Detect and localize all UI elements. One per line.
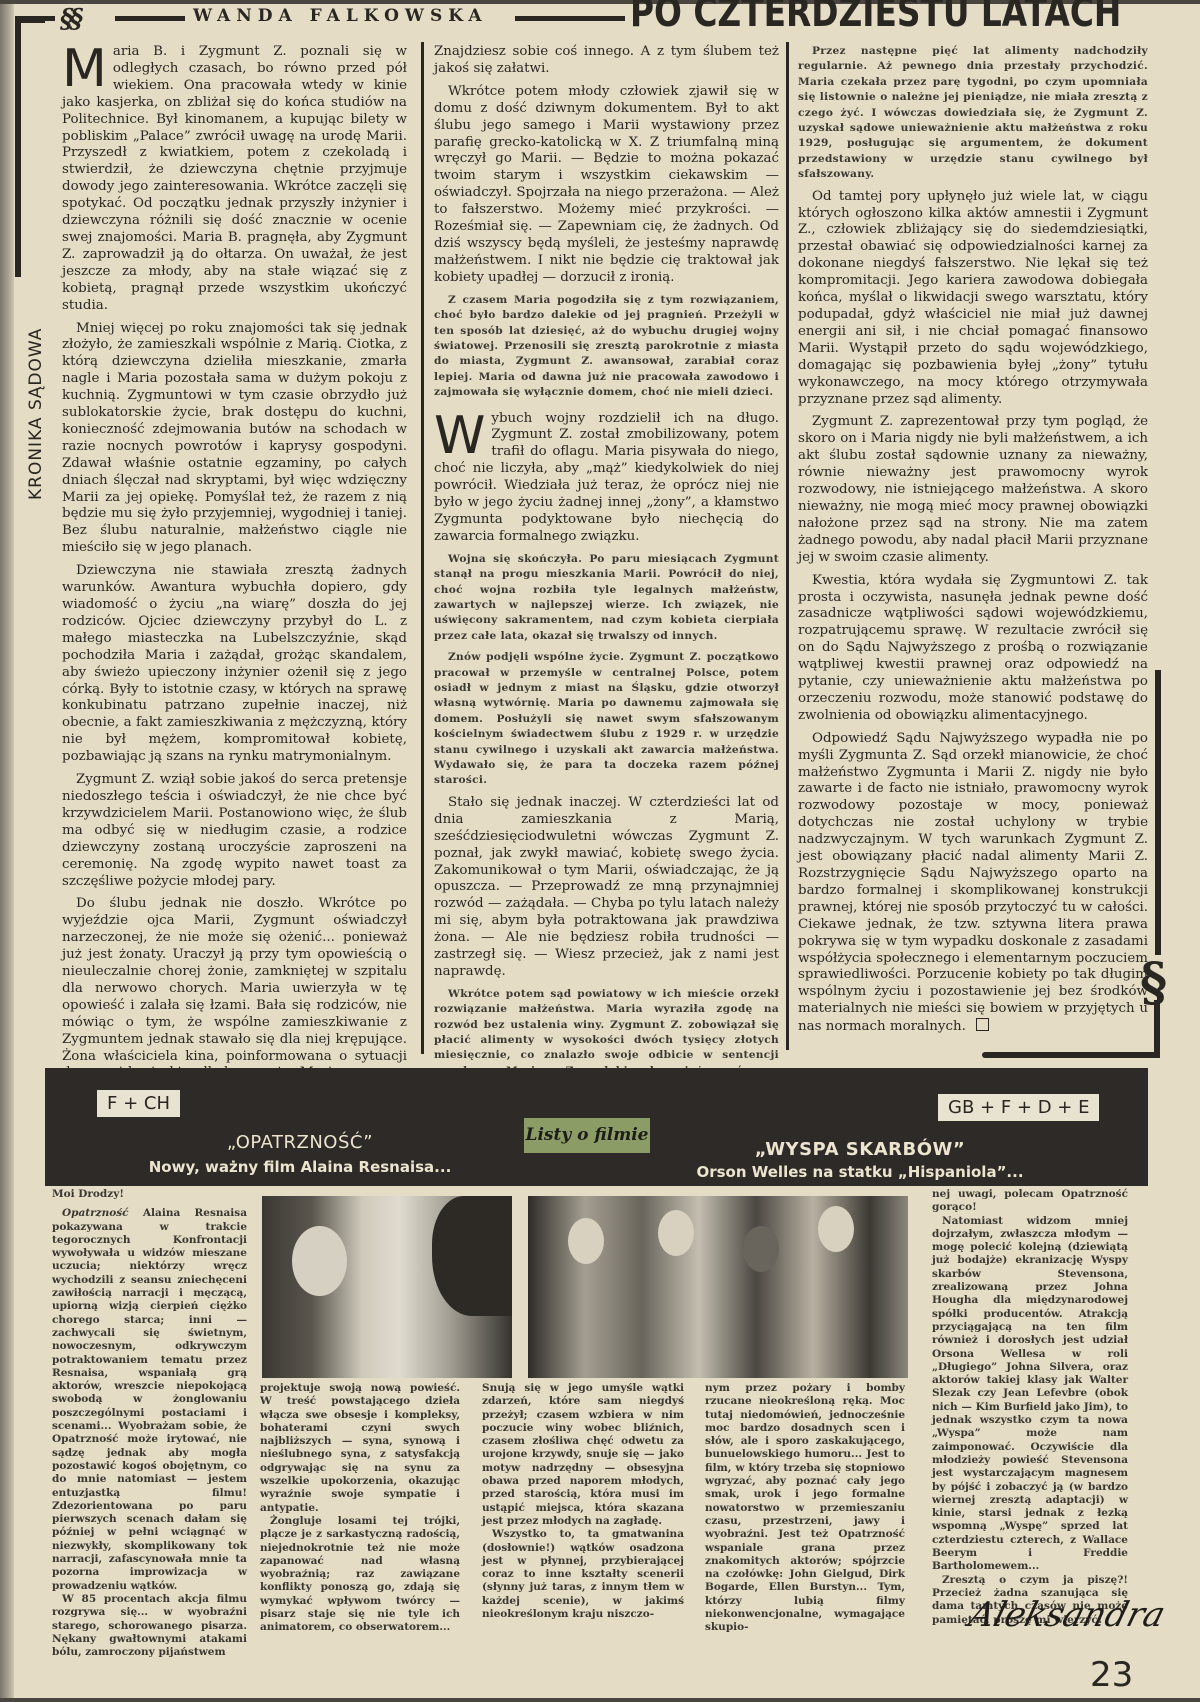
film-subtitle-right: Orson Welles na statku „Hispaniola”...: [695, 1163, 1025, 1181]
page-spine-shadow: [0, 0, 14, 1702]
article-paragraph: Od tamtej pory upłynęło już wiele lat, w…: [798, 189, 1148, 409]
photo-figure: [658, 1210, 694, 1256]
letter-column-5: nej uwagi, polecam Opatrzność gorąco! Na…: [932, 1188, 1128, 1627]
article-paragraph: Wybuch wojny rozdzielił ich na długo. Zy…: [434, 411, 779, 546]
article-paragraph: Wkrótce potem młody człowiek zjawił się …: [434, 84, 779, 287]
letter-paragraph: nej uwagi, polecam Opatrzność gorąco!: [932, 1188, 1128, 1215]
bottom-edge: [0, 1698, 1200, 1702]
section-side-label: KRONIKA SĄDOWA: [26, 290, 50, 500]
article-paragraph: Kwestia, która wydała się Zygmuntowi Z. …: [798, 573, 1148, 725]
photo-figure: [292, 1226, 347, 1296]
article-paragraph: Odpowiedź Sądu Najwyższego wypadła nie p…: [798, 731, 1148, 1036]
letter-paragraph: Opatrzność Alaina Resnaisa pokazywana w …: [52, 1207, 247, 1593]
article-paragraph-small: Znów podjęli wspólne życie. Zygmunt Z. p…: [434, 650, 779, 789]
letter-paragraph: Snują się w jego umyśle wątki zdarzeń, k…: [482, 1382, 684, 1528]
film-title-left: „OPATRZNOŚĆ”: [135, 1132, 465, 1153]
letter-column-2: projektuje swoją nową powieść. W treść p…: [260, 1382, 460, 1635]
article-paragraph-small: Przez następne pięć lat alimenty nadchod…: [798, 44, 1148, 183]
frame-right-rule-lower: [1154, 1000, 1160, 1058]
letter-greeting: Moi Drodzy!: [52, 1188, 247, 1201]
article-paragraph-small: Z czasem Maria pogodziła się z tym rozwi…: [434, 293, 779, 401]
drop-cap: M: [62, 48, 107, 90]
film-still-wyspa-skarbow: [528, 1196, 908, 1378]
article-column-1: Maria B. i Zygmunt Z. poznali się w odle…: [62, 44, 407, 1156]
article-title: PO CZTERDZIESTU LATACH: [630, 0, 1121, 36]
column-rule: [421, 42, 424, 1054]
photo-figure: [432, 1196, 512, 1316]
author-name: WANDA FALKOWSKA: [193, 6, 488, 26]
photo-figure: [568, 1218, 604, 1264]
letter-paragraph: nym przez pożary i bomby rzucane nieokre…: [705, 1382, 905, 1635]
header-rule: [515, 16, 625, 21]
header-rule: [115, 16, 185, 21]
frame-left-rule: [15, 17, 21, 277]
column-label: Listy o filmie: [524, 1118, 650, 1153]
film-title-right: „WYSPA SKARBÓW”: [695, 1139, 1025, 1160]
article-paragraph: Znajdziesz sobie coś innego. A z tym ślu…: [434, 44, 779, 78]
letter-paragraph: W 85 procentach akcja filmu rozgrywa się…: [52, 1593, 247, 1659]
letter-paragraph: Wszystko to, ta gmatwanina (dosłownie!) …: [482, 1528, 684, 1621]
letter-column-3: Snują się w jego umyśle wątki zdarzeń, k…: [482, 1382, 684, 1621]
article-paragraph: Stało się jednak inaczej. W czterdzieści…: [434, 795, 779, 981]
article-column-2: Znajdziesz sobie coś innego. A z tym ślu…: [434, 44, 779, 1116]
film-still-opatrznosc: [262, 1196, 512, 1378]
article-paragraph: Zygmunt Z. zaprezentował przy tym pogląd…: [798, 414, 1148, 566]
frame-bottom-rule: [982, 1052, 1160, 1058]
article-column-3: Przez następne pięć lat alimenty nadchod…: [798, 44, 1148, 1042]
end-of-article-square-icon: [976, 1018, 989, 1031]
drop-cap: W: [434, 415, 485, 457]
photo-figure: [818, 1206, 854, 1252]
article-paragraph-small: Wojna się skończyła. Po paru miesiącach …: [434, 552, 779, 644]
article-paragraph: Maria B. i Zygmunt Z. poznali się w odle…: [62, 44, 407, 315]
article-paragraph: Dziewczyna nie stawiała zresztą żadnych …: [62, 563, 407, 766]
column-rule: [786, 42, 789, 1050]
letter-column-4: nym przez pożary i bomby rzucane nieokre…: [705, 1382, 905, 1635]
frame-right-rule: [1155, 670, 1161, 955]
page-number: 23: [1090, 1655, 1133, 1695]
section-symbol-icon: §§: [60, 4, 79, 34]
article-paragraph: Mniej więcej po roku znajomości tak się …: [62, 321, 407, 558]
country-tag-right: GB + F + D + E: [938, 1094, 1099, 1121]
author-signature: Aleksandra: [965, 1595, 1170, 1635]
film-subtitle-left: Nowy, ważny film Alaina Resnaisa...: [125, 1158, 475, 1176]
photo-figure: [743, 1226, 779, 1272]
letter-paragraph: Żongluje losami tej trójki, plącze je z …: [260, 1515, 460, 1635]
country-tag-left: F + CH: [97, 1090, 180, 1117]
letter-paragraph: projektuje swoją nową powieść. W treść p…: [260, 1382, 460, 1515]
article-paragraph: Zygmunt Z. wziął sobie jakoś do serca pr…: [62, 772, 407, 890]
letter-column-1: Moi Drodzy! Opatrzność Alaina Resnaisa p…: [52, 1188, 247, 1659]
article-header: §§ WANDA FALKOWSKA PO CZTERDZIESTU LATAC…: [15, 2, 1185, 32]
film-letters-banner: F + CH „OPATRZNOŚĆ” Nowy, ważny film Ala…: [45, 1068, 1148, 1186]
letter-paragraph: Natomiast widzom mniej dojrzałym, zwłasz…: [932, 1215, 1128, 1574]
